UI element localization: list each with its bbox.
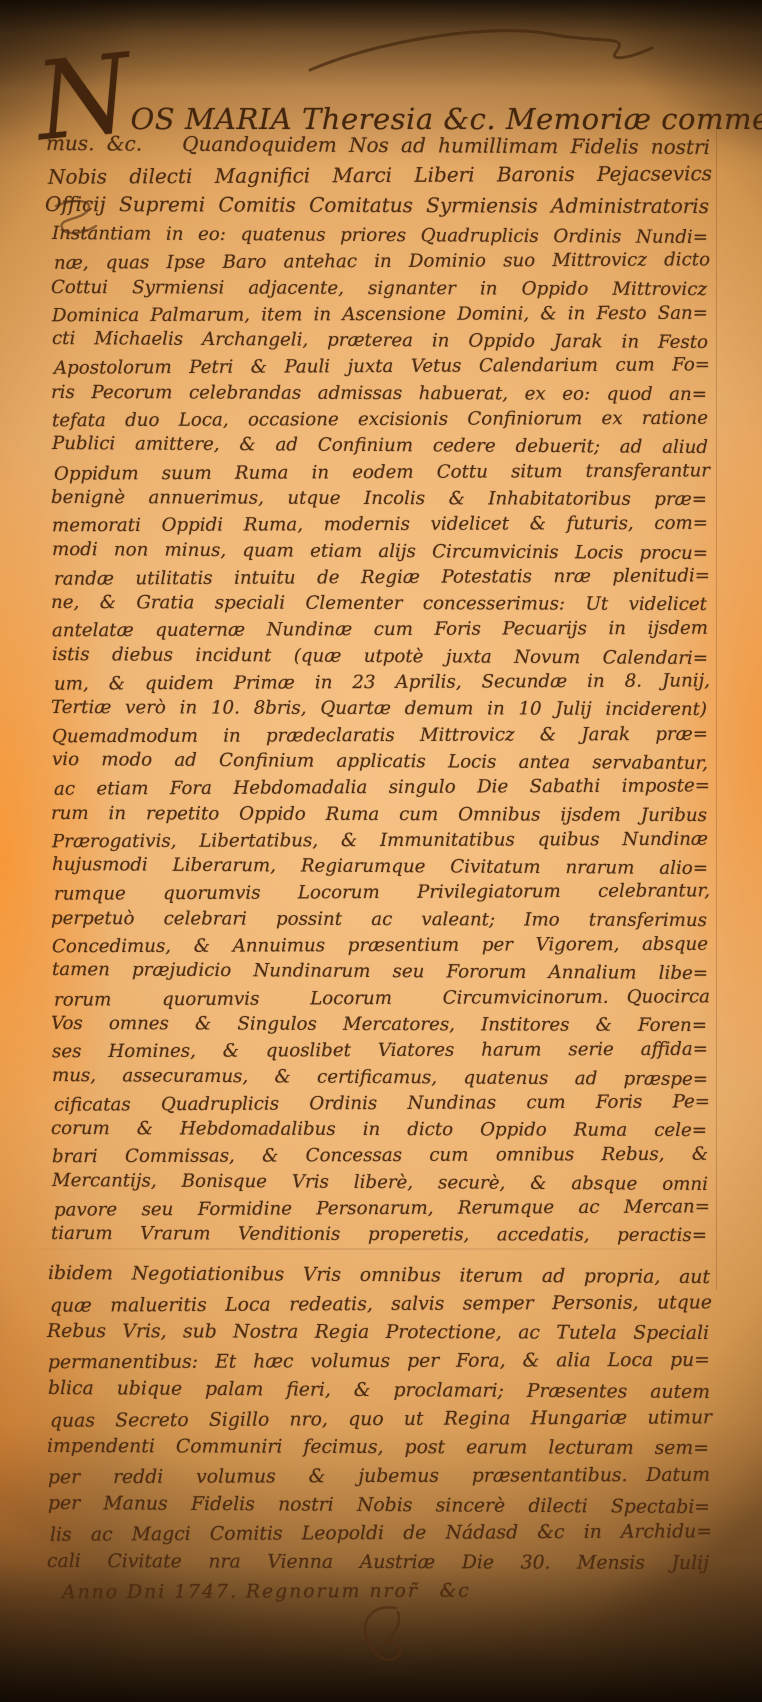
manuscript-line: ris Pecorum celebrandas admissas habuera… xyxy=(51,380,707,408)
manuscript-line: næ, quas Ipse Baro antehac in Dominio su… xyxy=(54,248,710,278)
manuscript-line: modi non minus, quam etiam alijs Circumv… xyxy=(52,537,708,567)
intro-paragraph: mus. &c. Quandoquidem Nos ad humillimam … xyxy=(46,130,710,220)
manuscript-line: Vos omnes & Singulos Mercatores, Instito… xyxy=(51,1011,707,1039)
manuscript-line: blica ubique palam fieri, & proclamari; … xyxy=(48,1375,710,1408)
manuscript-photo: N OS MARIA Theresia &c. Memoriæ commenda… xyxy=(0,0,762,1702)
manuscript-line: Dominica Palmarum, item in Ascensione Do… xyxy=(52,301,708,330)
manuscript-line: memorati Oppidi Ruma, modernis videlicet… xyxy=(52,511,708,540)
manuscript-line: antelatæ quaternæ Nundinæ cum Foris Pecu… xyxy=(52,616,708,645)
manuscript-line: cificatas Quadruplicis Ordinis Nundinas … xyxy=(54,1089,710,1119)
manuscript-line: Publici amittere, & ad Confinium cedere … xyxy=(52,431,708,461)
manuscript-line: pavore seu Formidine Personarum, Rerumqu… xyxy=(54,1194,710,1224)
manuscript-line: um, & quidem Primæ in 23 Aprilis, Secund… xyxy=(54,668,710,698)
manuscript-line: perpetuò celebrari possint ac valeant; I… xyxy=(51,906,707,934)
page-margin-line xyxy=(716,130,717,1290)
heading-initial: N xyxy=(33,59,130,138)
manuscript-line: Tertiæ verò in 10. 8bris, Quartæ demum i… xyxy=(51,695,707,723)
manuscript-line: cali Civitate nra Vienna Austriæ Die 30.… xyxy=(47,1548,709,1579)
manuscript-line: Oppidum suum Ruma in eodem Cottu situm t… xyxy=(54,458,710,488)
heading: N OS MARIA Theresia &c. Memoriæ commenda… xyxy=(36,58,726,136)
manuscript-line: rumque quorumvis Locorum Privilegiatorum… xyxy=(54,879,710,909)
manuscript-line: quæ malueritis Loca redeatis, salvis sem… xyxy=(50,1289,712,1321)
manuscript-line: per Manus Fidelis nostri Nobis sincerè d… xyxy=(48,1490,710,1523)
manuscript-line: mus, assecuramus, & certificamus, quaten… xyxy=(52,1062,708,1092)
manuscript-text-layer: N OS MARIA Theresia &c. Memoriæ commenda… xyxy=(0,0,762,1702)
manuscript-line: benignè annuerimus, utque Incolis & Inha… xyxy=(51,485,707,513)
parchment-crease xyxy=(0,1248,762,1250)
manuscript-line: tefata duo Loca, occasione excisionis Co… xyxy=(52,406,708,435)
manuscript-line: Rebus Vris, sub Nostra Regia Protectione… xyxy=(47,1318,709,1349)
manuscript-line: tamen præjudicio Nundinarum seu Fororum … xyxy=(52,957,708,987)
manuscript-line: ne, & Gratia speciali Clementer concesse… xyxy=(51,590,707,618)
manuscript-line: ses Homines, & quoslibet Viatores harum … xyxy=(52,1037,708,1066)
manuscript-line: permanentibus: Et hæc volumus per Fora, … xyxy=(48,1347,710,1378)
manuscript-line: Quemadmodum in prædeclaratis Mittrovicz … xyxy=(52,721,708,750)
manuscript-line: per reddi volumus & jubemus præsentantib… xyxy=(48,1462,710,1493)
manuscript-line: ac etiam Fora Hebdomadalia singulo Die S… xyxy=(54,774,710,804)
manuscript-line: lis ac Magci Comitis Leopoldi de Nádasd … xyxy=(50,1519,712,1551)
manuscript-line: corum & Hebdomadalibus in dicto Oppido R… xyxy=(51,1116,707,1144)
manuscript-line: Instantiam in eo: quatenus priores Quadr… xyxy=(52,221,708,251)
manuscript-line: brari Commissas, & Concessas cum omnibus… xyxy=(52,1142,708,1171)
manuscript-line: Officij Supremi Comitis Comitatus Syrmie… xyxy=(45,189,709,221)
manuscript-line: rorum quorumvis Locorum Circumvicinorum.… xyxy=(54,984,710,1014)
manuscript-line: Apostolorum Petri & Pauli juxta Vetus Ca… xyxy=(54,353,710,383)
manuscript-line: Cottui Syrmiensi adjacente, signanter in… xyxy=(51,275,707,303)
manuscript-line: Prærogativis, Libertatibus, & Immunitati… xyxy=(52,827,708,856)
manuscript-line: tiarum Vrarum Venditionis properetis, ac… xyxy=(51,1221,707,1249)
manuscript-line: mus. &c. Quandoquidem Nos ad humillimam … xyxy=(46,128,710,162)
main-paragraph: Instantiam in eo: quatenus priores Quadr… xyxy=(52,223,708,1249)
manuscript-line: vio modo ad Confinium applicatis Locis a… xyxy=(52,747,708,777)
manuscript-line: randæ utilitatis intuitu de Regiæ Potest… xyxy=(54,563,710,593)
manuscript-line: ibidem Negotiationibus Vris omnibus iter… xyxy=(48,1260,710,1293)
closing-paragraph: ibidem Negotiationibus Vris omnibus iter… xyxy=(48,1262,710,1606)
manuscript-line: rum in repetito Oppido Ruma cum Omnibus … xyxy=(51,800,707,828)
manuscript-line: Nobis dilecti Magnifici Marci Liberi Bar… xyxy=(48,158,712,191)
final-flourish-icon xyxy=(352,1602,416,1676)
manuscript-line: impendenti Communiri fecimus, post earum… xyxy=(47,1433,709,1464)
manuscript-line: Concedimus, & Annuimus præsentium per Vi… xyxy=(52,932,708,961)
manuscript-line: Mercantijs, Bonisque Vris liberè, securè… xyxy=(52,1168,708,1198)
manuscript-line: quas Secreto Sigillo nro, quo ut Regina … xyxy=(50,1404,712,1436)
manuscript-line: istis diebus incidunt (quæ utpotè juxta … xyxy=(52,642,708,672)
